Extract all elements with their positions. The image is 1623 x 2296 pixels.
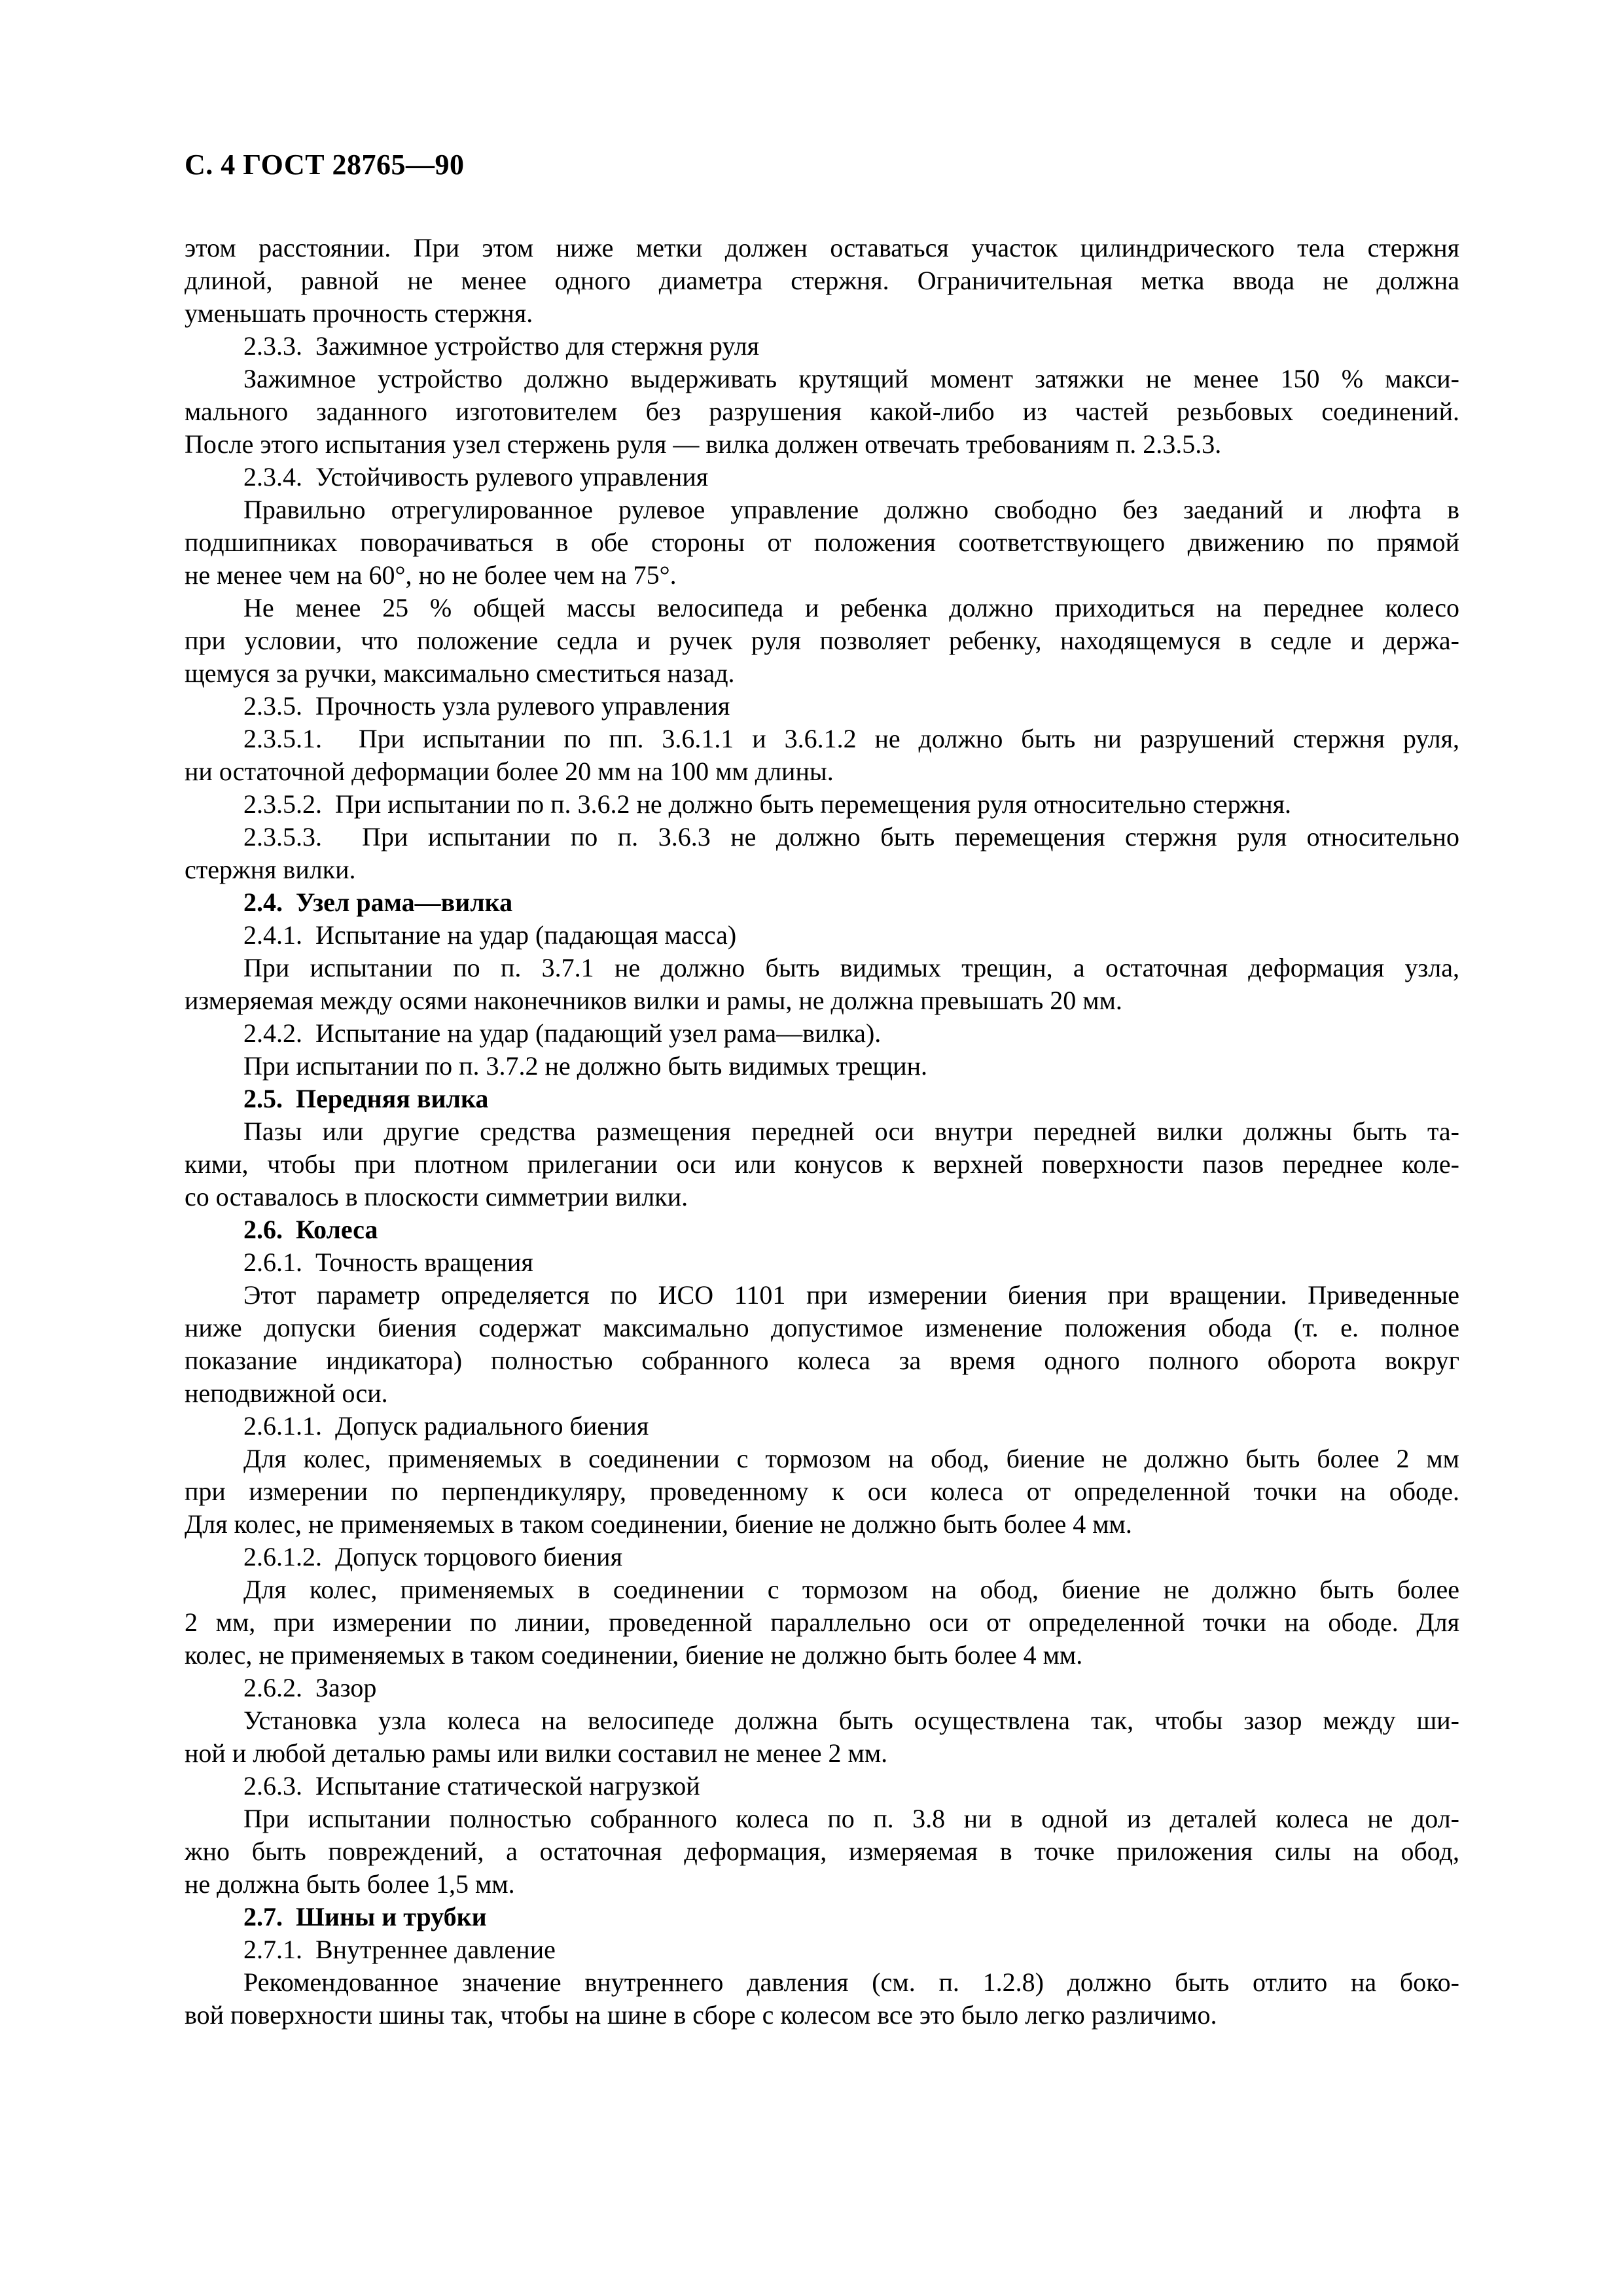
text-line: не должна быть более 1,5 мм. (185, 1868, 1459, 1901)
text-line: 2.3.5.2. При испытании по п. 3.6.2 не до… (185, 788, 1459, 821)
paragraph: Зажимное устройство должно выдерживать к… (185, 363, 1459, 461)
text-line: Рекомендованное значение внутреннего дав… (185, 1966, 1459, 1999)
paragraph: 2.4.1. Испытание на удар (падающая масса… (185, 919, 1459, 952)
text-line: При испытании по п. 3.7.1 не должно быть… (185, 952, 1459, 984)
text-line: 2.4.1. Испытание на удар (падающая масса… (185, 919, 1459, 952)
paragraph: Для колес, применяемых в соединении с то… (185, 1443, 1459, 1541)
text-line: жно быть повреждений, а остаточная дефор… (185, 1835, 1459, 1868)
section-heading: 2.7. Шины и трубки (185, 1901, 1459, 1933)
paragraph: 2.6.2. Зазор (185, 1672, 1459, 1704)
text-line: 2.6. Колеса (185, 1213, 1459, 1246)
text-line: при измерении по перпендикуляру, проведе… (185, 1475, 1459, 1508)
paragraph: 2.3.5. Прочность узла рулевого управлени… (185, 690, 1459, 723)
paragraph: Этот параметр определяется по ИСО 1101 п… (185, 1279, 1459, 1410)
text-line: При испытании по п. 3.7.2 не должно быть… (185, 1050, 1459, 1083)
paragraph: 2.6.1. Точность вращения (185, 1246, 1459, 1279)
text-line: этом расстоянии. При этом ниже метки дол… (185, 232, 1459, 264)
text-line: 2.7. Шины и трубки (185, 1901, 1459, 1933)
paragraph: этом расстоянии. При этом ниже метки дол… (185, 232, 1459, 330)
paragraph: 2.6.3. Испытание статической нагрузкой (185, 1770, 1459, 1803)
text-line: 2.6.1.2. Допуск торцового биения (185, 1541, 1459, 1573)
section-heading: 2.4. Узел рама—вилка (185, 886, 1459, 919)
text-line: Пазы или другие средства размещения пере… (185, 1115, 1459, 1148)
text-line: 2.3.4. Устойчивость рулевого управления (185, 461, 1459, 493)
text-line: 2.3.3. Зажимное устройство для стержня р… (185, 330, 1459, 363)
text-line: 2.6.1.1. Допуск радиального биения (185, 1410, 1459, 1443)
section-heading: 2.6. Колеса (185, 1213, 1459, 1246)
text-line: Для колес, применяемых в соединении с то… (185, 1443, 1459, 1475)
paragraph: 2.3.4. Устойчивость рулевого управления (185, 461, 1459, 493)
text-line: 2.6.1. Точность вращения (185, 1246, 1459, 1279)
paragraph: Не менее 25 % общей массы велосипеда и р… (185, 592, 1459, 690)
text-line: щемуся за ручки, максимально сместиться … (185, 657, 1459, 690)
text-line: 2.5. Передняя вилка (185, 1083, 1459, 1115)
text-line: со оставалось в плоскости симметрии вилк… (185, 1181, 1459, 1213)
text-line: 2.6.2. Зазор (185, 1672, 1459, 1704)
text-line: длиной, равной не менее одного диаметра … (185, 264, 1459, 297)
paragraph: Пазы или другие средства размещения пере… (185, 1115, 1459, 1213)
text-line: не менее чем на 60°, но не более чем на … (185, 559, 1459, 592)
text-line: 2.4.2. Испытание на удар (падающий узел … (185, 1017, 1459, 1050)
text-line: 2.6.3. Испытание статической нагрузкой (185, 1770, 1459, 1803)
text-line: 2 мм, при измерении по линии, проведенно… (185, 1606, 1459, 1639)
text-line: 2.7.1. Внутреннее давление (185, 1933, 1459, 1966)
text-line: мального заданного изготовителем без раз… (185, 395, 1459, 428)
paragraph: 2.4.2. Испытание на удар (падающий узел … (185, 1017, 1459, 1050)
text-line: После этого испытания узел стержень руля… (185, 428, 1459, 461)
paragraph: При испытании по п. 3.7.2 не должно быть… (185, 1050, 1459, 1083)
text-line: стержня вилки. (185, 853, 1459, 886)
text-line: подшипниках поворачиваться в обе стороны… (185, 526, 1459, 559)
text-line: Для колес, применяемых в соединении с то… (185, 1573, 1459, 1606)
text-line: Правильно отрегулированное рулевое управ… (185, 493, 1459, 526)
text-line: измеряемая между осями наконечников вилк… (185, 984, 1459, 1017)
text-line: 2.3.5.3. При испытании по п. 3.6.3 не до… (185, 821, 1459, 853)
text-line: показание индикатора) полностью собранно… (185, 1344, 1459, 1377)
text-line: вой поверхности шины так, чтобы на шине … (185, 1999, 1459, 2032)
text-line: уменьшать прочность стержня. (185, 297, 1459, 330)
text-line: 2.3.5.1. При испытании по пп. 3.6.1.1 и … (185, 723, 1459, 755)
page-header: С. 4 ГОСТ 28765—90 (185, 148, 465, 181)
paragraph: Правильно отрегулированное рулевое управ… (185, 493, 1459, 592)
text-line: ной и любой деталью рамы или вилки соста… (185, 1737, 1459, 1770)
paragraph: 2.7.1. Внутреннее давление (185, 1933, 1459, 1966)
paragraph: При испытании по п. 3.7.1 не должно быть… (185, 952, 1459, 1017)
text-line: колес, не применяемых в таком соединении… (185, 1639, 1459, 1672)
text-line: При испытании полностью собранного колес… (185, 1803, 1459, 1835)
text-line: Установка узла колеса на велосипеде долж… (185, 1704, 1459, 1737)
paragraph: Установка узла колеса на велосипеде долж… (185, 1704, 1459, 1770)
paragraph: Рекомендованное значение внутреннего дав… (185, 1966, 1459, 2032)
text-line: 2.3.5. Прочность узла рулевого управлени… (185, 690, 1459, 723)
document-page: С. 4 ГОСТ 28765—90 этом расстоянии. При … (0, 0, 1623, 2296)
paragraph: Для колес, применяемых в соединении с то… (185, 1573, 1459, 1672)
paragraph: 2.6.1.2. Допуск торцового биения (185, 1541, 1459, 1573)
text-line: ниже допуски биения содержат максимально… (185, 1312, 1459, 1344)
paragraph: 2.3.5.2. При испытании по п. 3.6.2 не до… (185, 788, 1459, 821)
text-line: ни остаточной деформации более 20 мм на … (185, 755, 1459, 788)
text-line: Для колес, не применяемых в таком соедин… (185, 1508, 1459, 1541)
paragraph: 2.3.5.3. При испытании по п. 3.6.3 не до… (185, 821, 1459, 886)
text-line: Зажимное устройство должно выдерживать к… (185, 363, 1459, 395)
paragraph: При испытании полностью собранного колес… (185, 1803, 1459, 1901)
text-line: при условии, что положение седла и ручек… (185, 624, 1459, 657)
text-line: Не менее 25 % общей массы велосипеда и р… (185, 592, 1459, 624)
document-body: этом расстоянии. При этом ниже метки дол… (185, 232, 1459, 2032)
text-line: кими, чтобы при плотном прилегании оси и… (185, 1148, 1459, 1181)
paragraph: 2.6.1.1. Допуск радиального биения (185, 1410, 1459, 1443)
text-line: 2.4. Узел рама—вилка (185, 886, 1459, 919)
text-line: неподвижной оси. (185, 1377, 1459, 1410)
paragraph: 2.3.5.1. При испытании по пп. 3.6.1.1 и … (185, 723, 1459, 788)
paragraph: 2.3.3. Зажимное устройство для стержня р… (185, 330, 1459, 363)
text-line: Этот параметр определяется по ИСО 1101 п… (185, 1279, 1459, 1312)
section-heading: 2.5. Передняя вилка (185, 1083, 1459, 1115)
